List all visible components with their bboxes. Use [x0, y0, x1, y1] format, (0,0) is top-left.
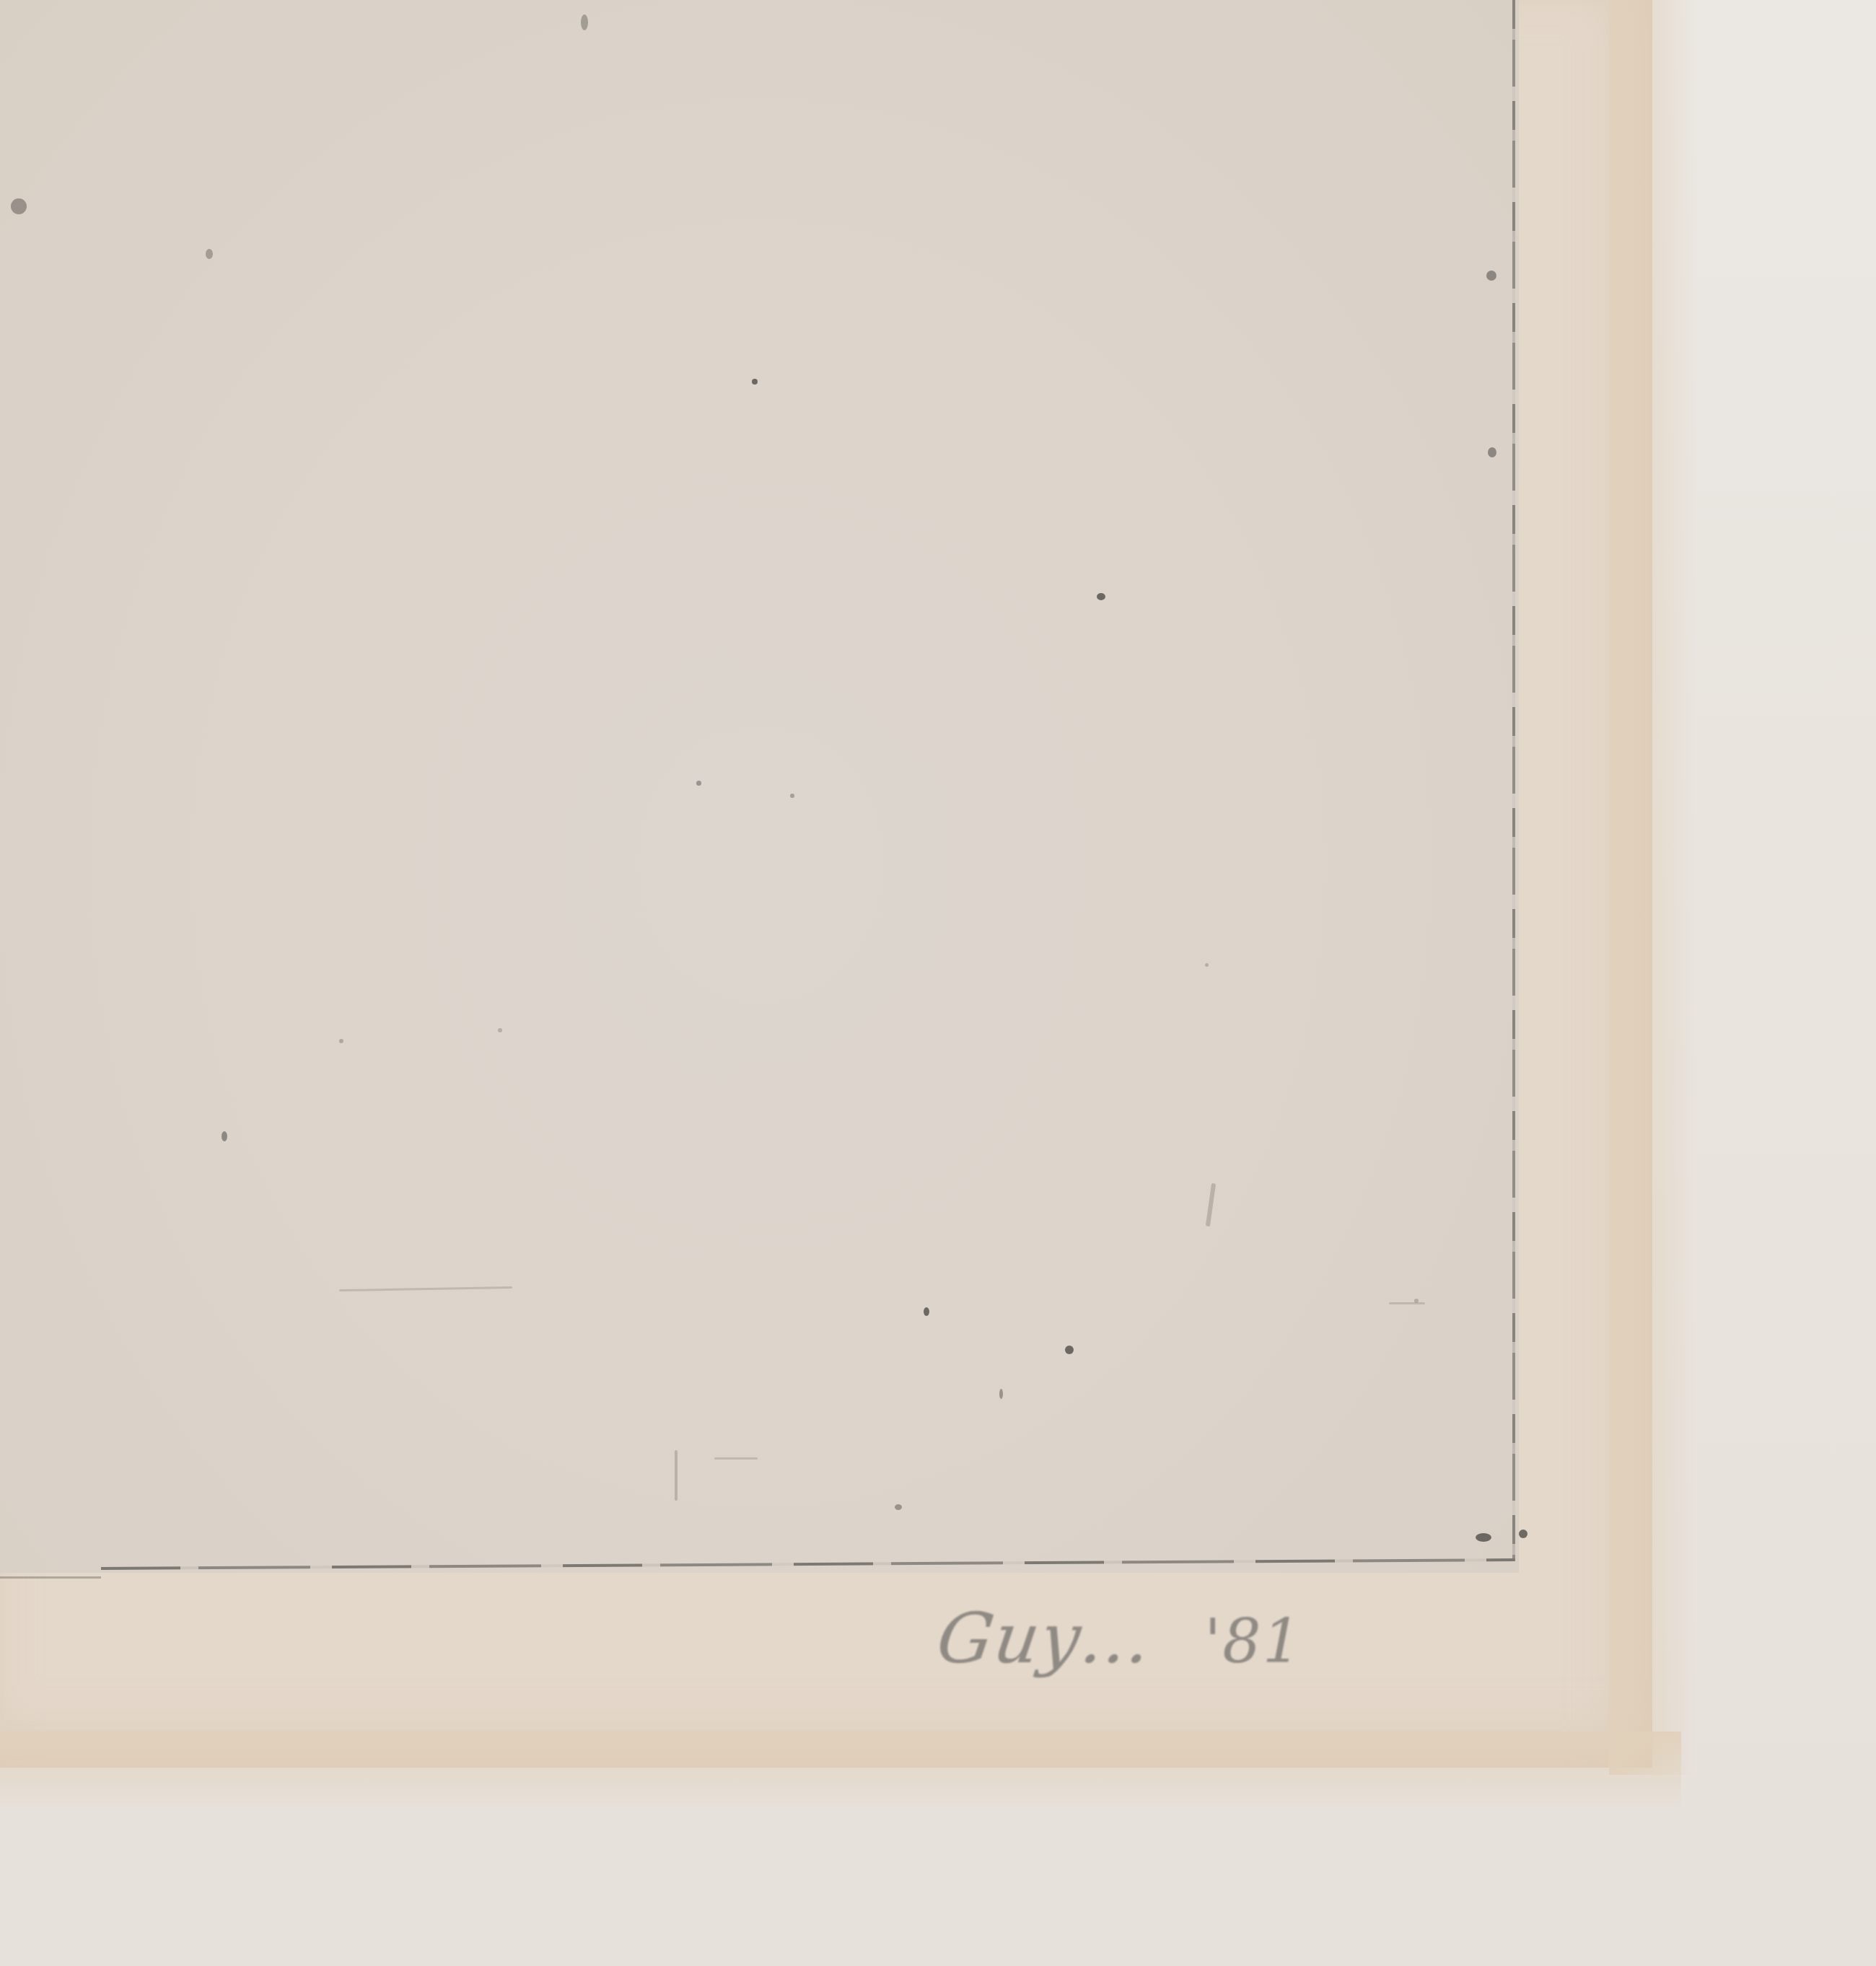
signature-name: Guy… — [932, 1598, 1157, 1679]
plate-edge-right — [1512, 0, 1515, 1558]
etch-faint-line — [1389, 1302, 1425, 1304]
etch-streak — [675, 1450, 678, 1501]
etch-faint-line — [714, 1457, 758, 1460]
etch-speck — [498, 1028, 502, 1032]
etch-speck — [1065, 1346, 1074, 1354]
etch-speck — [696, 781, 701, 786]
paper-edge-right — [1609, 0, 1696, 1775]
plate-edge-mark — [1488, 447, 1496, 457]
plate-edge-bottom-left — [0, 1576, 101, 1579]
etch-speck — [999, 1389, 1003, 1399]
pencil-signature: Guy… '81 — [938, 1598, 1443, 1706]
etch-speck — [581, 14, 588, 30]
etch-speck — [924, 1307, 929, 1316]
etch-speck — [222, 1131, 227, 1141]
plate-edge-mark — [1486, 271, 1496, 281]
plate-corner-mark — [1519, 1530, 1527, 1538]
printed-plate-area — [0, 0, 1519, 1573]
etch-faint-line — [339, 1286, 512, 1291]
etch-speck — [339, 1039, 343, 1043]
signature-year: '81 — [1204, 1606, 1302, 1677]
etch-speck — [895, 1504, 902, 1510]
etch-speck — [752, 379, 758, 385]
etch-speck — [1205, 963, 1209, 967]
etch-speck — [206, 249, 213, 259]
etch-speck — [790, 794, 794, 798]
etch-speck — [11, 198, 27, 214]
etch-speck — [1097, 593, 1105, 600]
etch-streak — [1206, 1183, 1216, 1226]
paper-edge-bottom — [0, 1732, 1681, 1811]
plate-corner-mark — [1476, 1533, 1491, 1542]
